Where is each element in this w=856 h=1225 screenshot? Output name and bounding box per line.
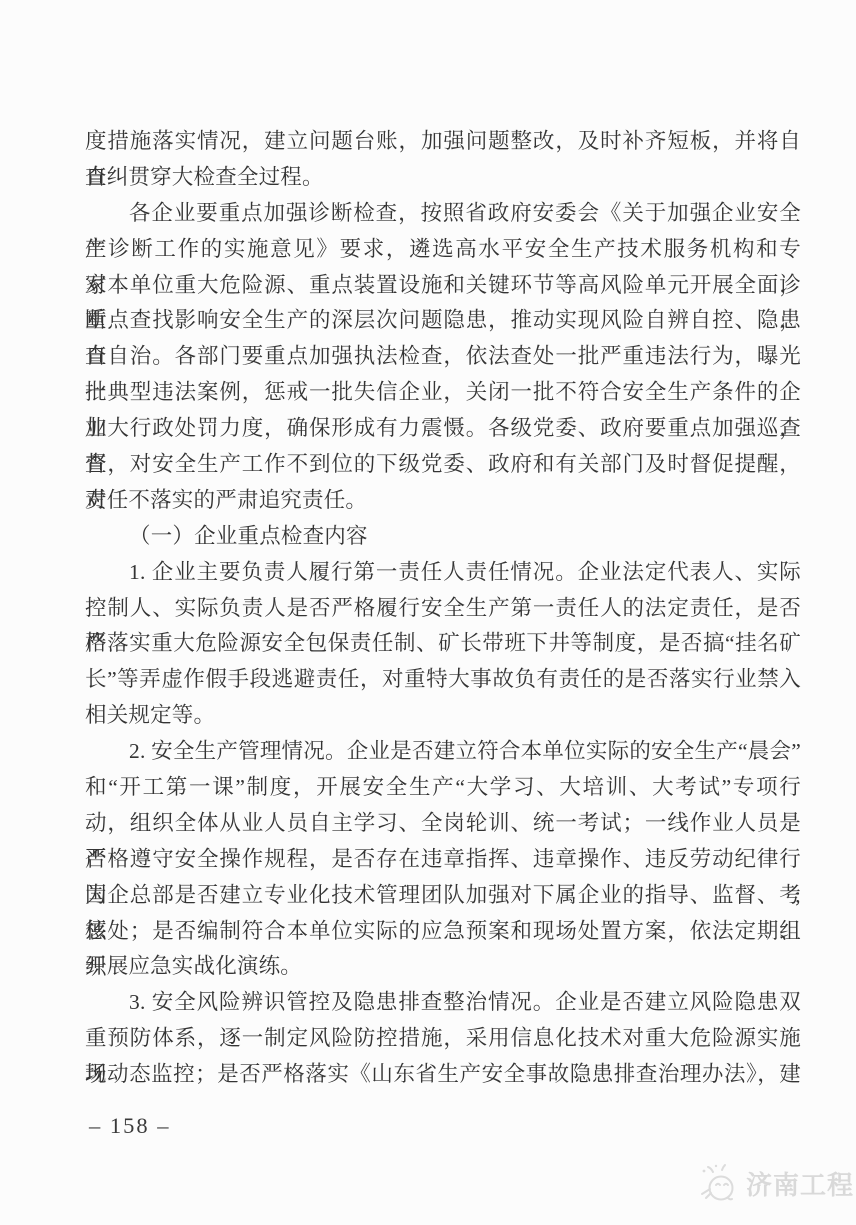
watermark-label: 济南工程 [746,1165,854,1202]
text-line: 惩处；是否编制符合本单位实际的应急预案和现场处置方案，依法定期组织 [85,914,801,950]
text-line: 控制人、实际负责人是否严格履行安全生产第一责任人的法定责任，是否严 [85,591,801,627]
text-line: 加大行政处罚力度，确保形成有力震慑。各级党委、政府要重点加强巡查督 [85,411,801,447]
text-line: 场动态监控；是否严格落实《山东省生产安全事故隐患排查治理办法》，建 [85,1057,801,1093]
watermark: 济南工程 [698,1163,854,1203]
text-line: 开展应急实战化演练。 [85,949,801,985]
text-line: 自纠贯穿大检查全过程。 [85,160,801,196]
text-line: 长”等弄虚作假手段逃避责任，对重特大事故负有责任的是否落实行业禁入 [85,662,801,698]
text-line: 重点查找影响安全生产的深层次问题隐患，推动实现风险自辨自控、隐患自 [85,303,801,339]
text-line: 3. 安全风险辨识管控及隐患排查整治情况。企业是否建立风险隐患双 [85,985,801,1021]
bird-logo-icon [698,1163,740,1203]
text-line: 1. 企业主要负责人履行第一责任人责任情况。企业法定代表人、实际 [85,555,801,591]
text-line: 产诊断工作的实施意见》要求，遴选高水平安全生产技术服务机构和专家， [85,232,801,268]
document-page: 度措施落实情况，建立问题台账，加强问题整改，及时补齐短板，并将自查自纠贯穿大检查… [0,0,856,1225]
text-line: 度措施落实情况，建立问题台账，加强问题整改，及时补齐短板，并将自查 [85,124,801,160]
text-line: 查自治。各部门要重点加强执法检查，依法查处一批严重违法行为，曝光一 [85,339,801,375]
text-line: 各企业要重点加强诊断检查，按照省政府安委会《关于加强企业安全生 [85,196,801,232]
text-line: 责任不落实的严肃追究责任。 [85,483,801,519]
text-line: 相关规定等。 [85,698,801,734]
text-line: 对本单位重大危险源、重点装置设施和关键环节等高风险单元开展全面诊断， [85,268,801,304]
text-line: 查，对安全生产工作不到位的下级党委、政府和有关部门及时督促提醒，对 [85,447,801,483]
text-line: 批典型违法案例，惩戒一批失信企业，关闭一批不符合安全生产条件的企业， [85,375,801,411]
page-number: – 158 – [89,1113,171,1139]
text-line: 重预防体系，逐一制定风险防控措施，采用信息化技术对重大危险源实施现 [85,1021,801,1057]
text-line: 动，组织全体从业人员自主学习、全岗轮训、统一考试；一线作业人员是否 [85,806,801,842]
text-line: 严格遵守安全操作规程，是否存在违章指挥、违章操作、违反劳动纪律行为; [85,842,801,878]
text-line: 国企总部是否建立专业化技术管理团队加强对下属企业的指导、监督、考核、 [85,878,801,914]
text-line: 格落实重大危险源安全包保责任制、矿长带班下井等制度，是否搞“挂名矿 [85,626,801,662]
text-line: （一）企业重点检查内容 [85,519,801,555]
text-line: 和“开工第一课”制度，开展安全生产“大学习、大培训、大考试”专项行 [85,770,801,806]
body-text: 度措施落实情况，建立问题台账，加强问题整改，及时补齐短板，并将自查自纠贯穿大检查… [85,124,801,1093]
text-line: 2. 安全生产管理情况。企业是否建立符合本单位实际的安全生产“晨会” [85,734,801,770]
